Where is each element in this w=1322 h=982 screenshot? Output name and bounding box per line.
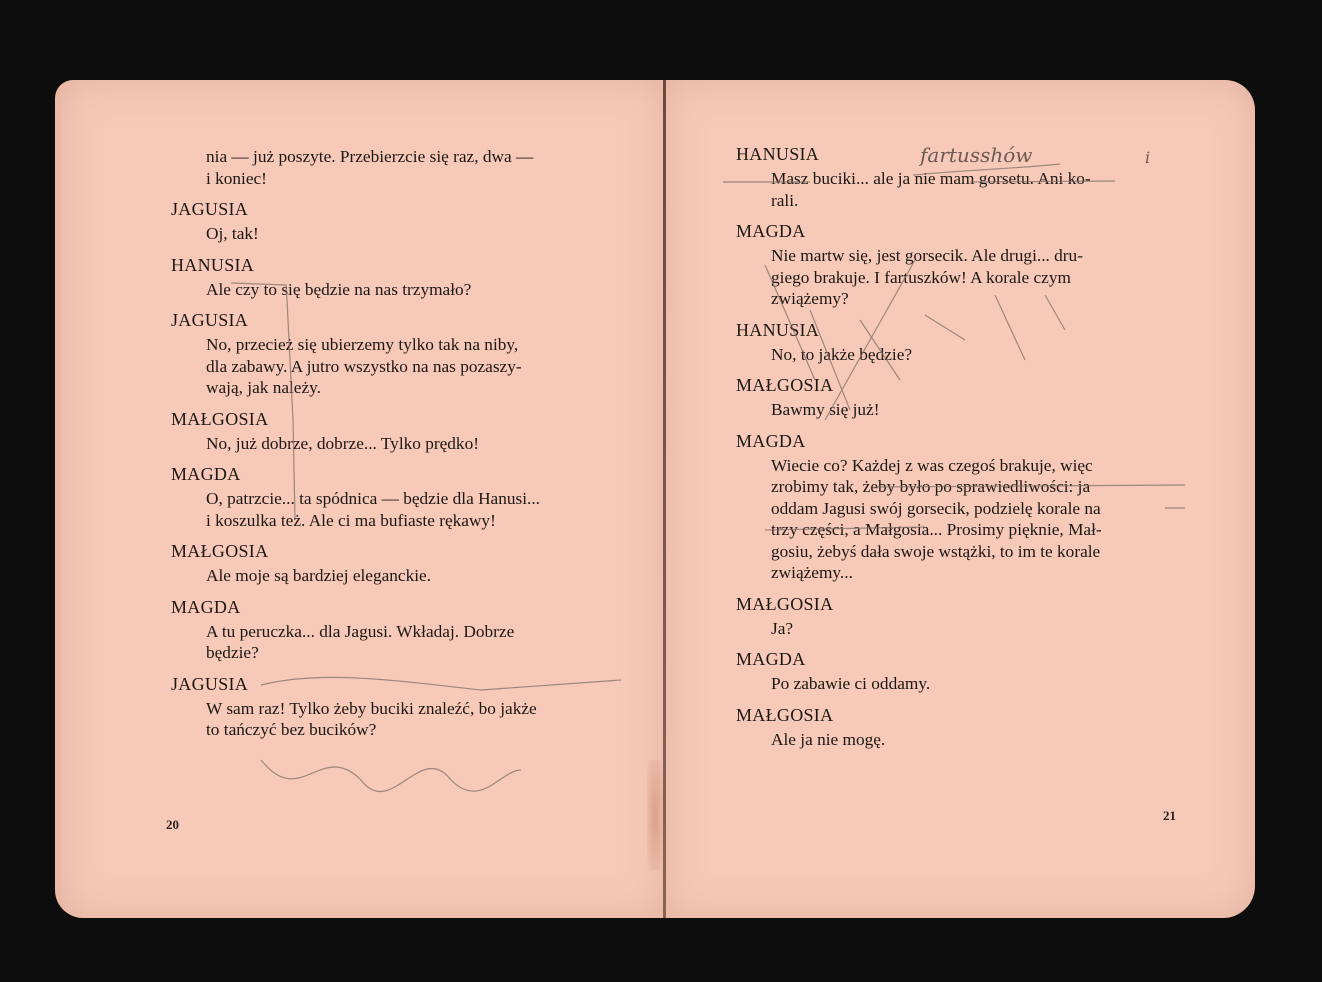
dialogue-line: W sam raz! Tylko żeby buciki znaleźć, bo… (171, 698, 601, 741)
speaker-name: MAŁGOSIA (736, 701, 1172, 729)
speaker-name: MAGDA (171, 593, 601, 621)
dialogue-line: Ale czy to się będzie na nas trzymało? (171, 279, 601, 301)
book-spine-gutter (663, 80, 666, 918)
speaker-name: HANUSIA (736, 316, 1172, 344)
dialogue-line: A tu peruczka... dla Jagusi. Wkładaj. Do… (171, 621, 601, 664)
page-stain (647, 760, 663, 870)
dialogue-line: No, przecież się ubierzemy tylko tak na … (171, 334, 601, 399)
dialogue-line: Masz buciki... ale ja nie mam gorsetu. A… (736, 168, 1172, 211)
dialogue-line: Bawmy się już! (736, 399, 1172, 421)
speaker-name: JAGUSIA (171, 670, 601, 698)
dialogue-line: Oj, tak! (171, 223, 601, 245)
speaker-name: JAGUSIA (171, 306, 601, 334)
dialogue-line: Wiecie co? Każdej z was czegoś brakuje, … (736, 455, 1172, 584)
speaker-name: MAŁGOSIA (171, 537, 601, 565)
speaker-name: MAGDA (736, 645, 1172, 673)
continuation-text: nia — już poszyte. Przebierzcie się raz,… (171, 146, 601, 189)
dialogue-line: Po zabawie ci oddamy. (736, 673, 1172, 695)
speaker-name: MAGDA (736, 427, 1172, 455)
left-page: nia — już poszyte. Przebierzcie się raz,… (55, 80, 665, 918)
dialogue-line: No, już dobrze, dobrze... Tylko prędko! (171, 433, 601, 455)
dialogue-line: No, to jakże będzie? (736, 344, 1172, 366)
left-page-text: nia — już poszyte. Przebierzcie się raz,… (171, 146, 601, 747)
open-book: nia — już poszyte. Przebierzcie się raz,… (55, 80, 1255, 918)
page-number: 20 (166, 817, 179, 833)
speaker-name: MAGDA (171, 460, 601, 488)
page-number: 21 (1163, 808, 1176, 824)
dialogue-line: Nie martw się, jest gorsecik. Ale drugi.… (736, 245, 1172, 310)
speaker-name: HANUSIA (736, 140, 1172, 168)
dialogue-line: O, patrzcie... ta spódnica — będzie dla … (171, 488, 601, 531)
speaker-name: MAŁGOSIA (736, 371, 1172, 399)
speaker-name: JAGUSIA (171, 195, 601, 223)
right-page: fartusshów i HANUSIA Masz buciki... ale … (665, 80, 1255, 918)
right-page-text: HANUSIA Masz buciki... ale ja nie mam go… (736, 140, 1172, 756)
speaker-name: HANUSIA (171, 251, 601, 279)
dialogue-line: Ale moje są bardziej eleganckie. (171, 565, 601, 587)
speaker-name: MAŁGOSIA (171, 405, 601, 433)
speaker-name: MAŁGOSIA (736, 590, 1172, 618)
dialogue-line: Ale ja nie mogę. (736, 729, 1172, 751)
dialogue-line: Ja? (736, 618, 1172, 640)
speaker-name: MAGDA (736, 217, 1172, 245)
